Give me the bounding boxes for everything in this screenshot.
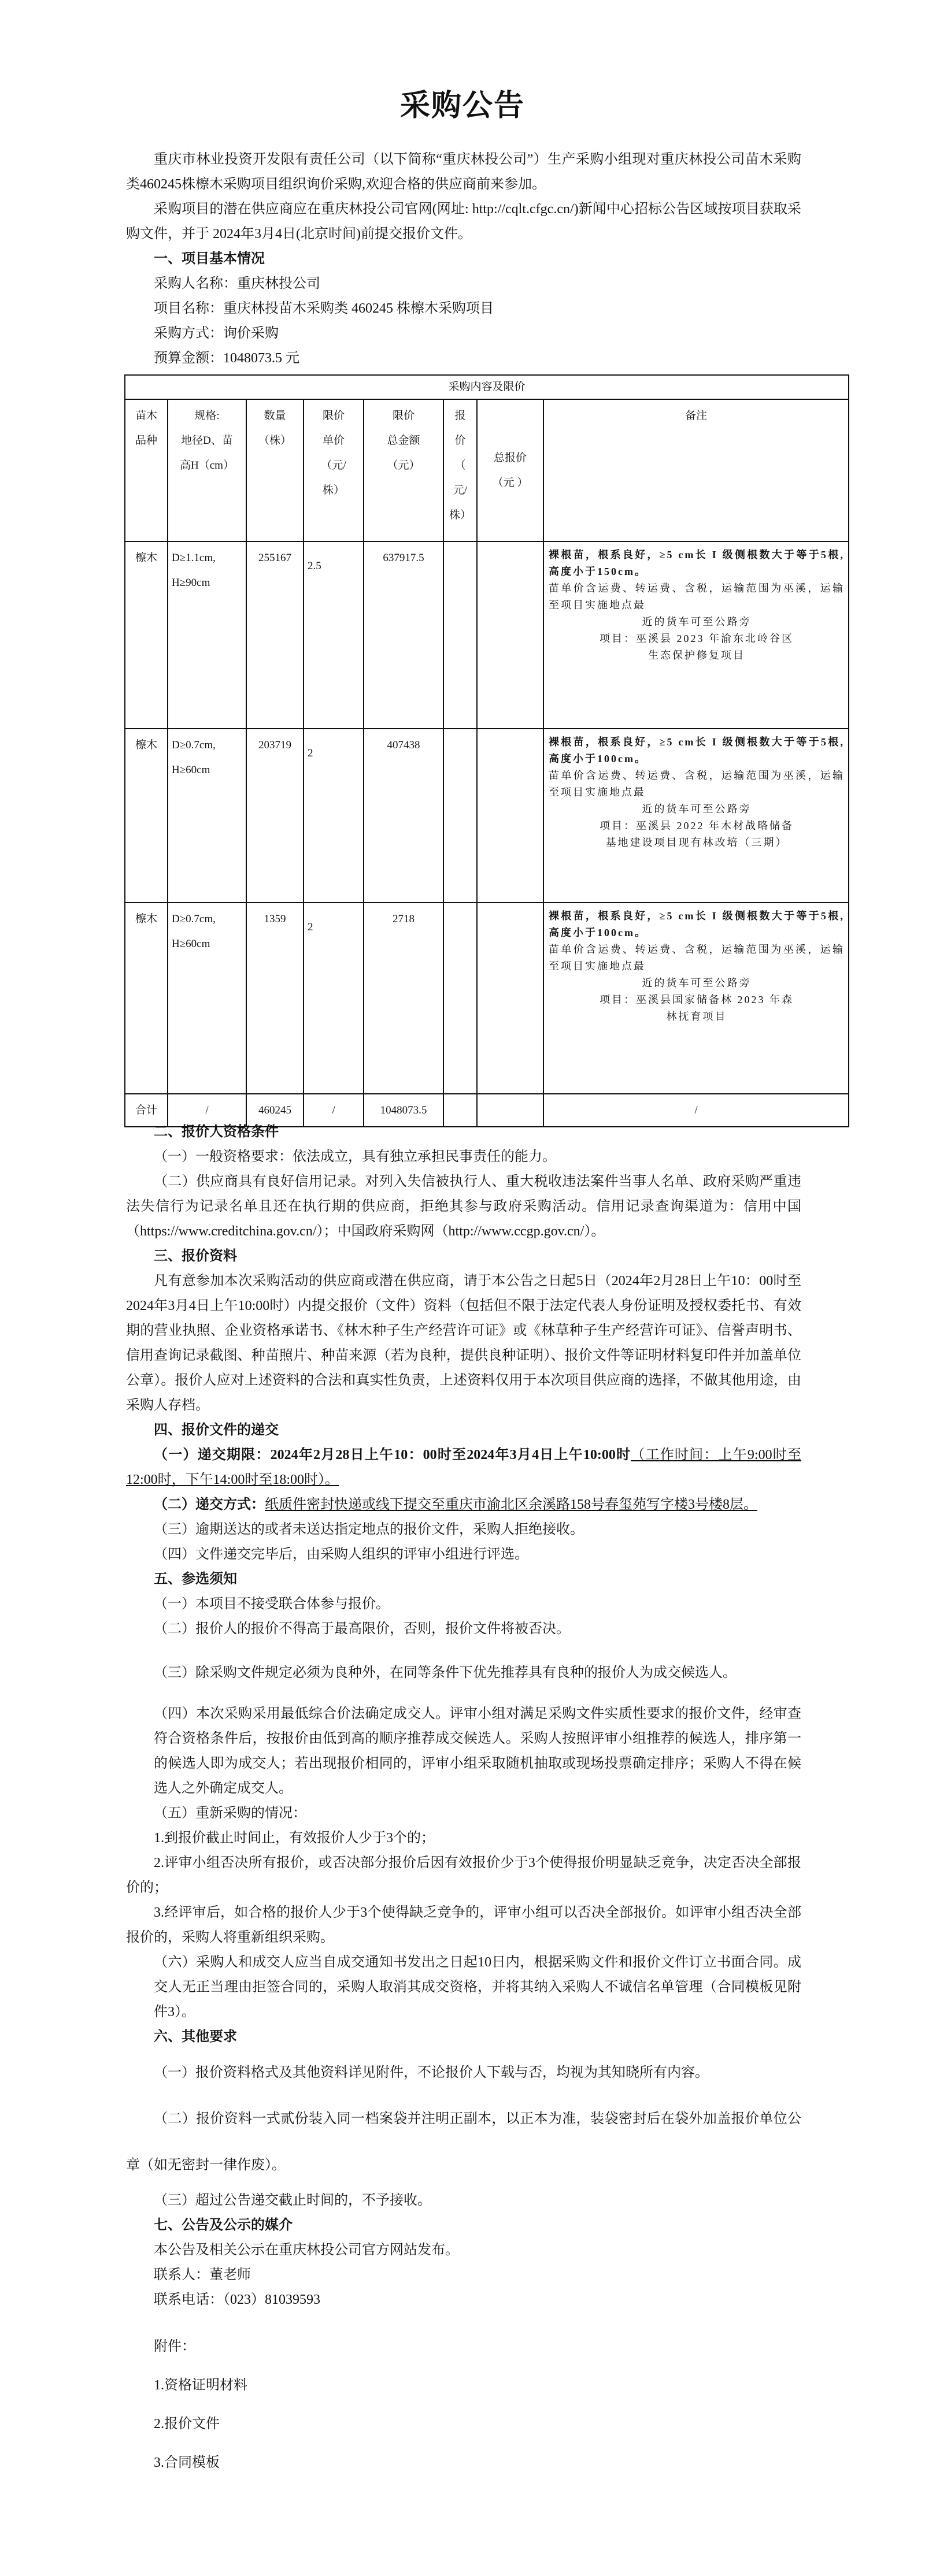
cell-total-quote[interactable]: [477, 903, 543, 1094]
cell-total-limit: 637917.5: [364, 541, 443, 729]
cell-total-quote[interactable]: [477, 729, 543, 903]
header-unit-limit: 限价单价（元/株）: [304, 399, 364, 541]
table-row: 檫木 D≥0.7cm,H≥60cm 203719 2 407438 裸根苗，根系…: [125, 729, 849, 903]
section-5-heading: 五、参选须知: [126, 1567, 801, 1592]
cell-unit-limit: 2: [304, 903, 364, 1094]
contact-phone: 联系电话：（023）81039593: [126, 2288, 801, 2313]
cell-total-quote[interactable]: [477, 541, 543, 729]
cell-spec: D≥0.7cm,H≥60cm: [168, 903, 246, 1094]
table-row: 檫木 D≥0.7cm,H≥60cm 1359 2 2718 裸根苗，根系良好，≥…: [125, 903, 849, 1094]
section-6-item-1: （一）报价资料格式及其他资料详见附件，不论报价人下载与否，均视为其知晓所有内容。: [126, 2050, 801, 2096]
section-4-item-2: （二）递交方式：纸质件密封快递或线下提交至重庆市渝北区余溪路158号春玺苑写字楼…: [126, 1493, 801, 1517]
section-4-heading: 四、报价文件的递交: [126, 1418, 801, 1443]
section-5-item-3: （三）除采购文件规定必须为良种外，在同等条件下优先推荐具有良种的报价人为成交候选…: [126, 1650, 801, 1696]
intro-section: 重庆市林业投资开发限有责任公司（以下简称“重庆林投公司”）生产采购小组现对重庆林…: [126, 147, 801, 371]
cell-remarks: 裸根苗，根系良好，≥5 cm长 I 级侧根数大于等于5根,高度小于150cm。 …: [543, 541, 849, 729]
section-6-item-2: （二）报价资料一式贰份装入同一档案袋并注明正副本，以正本为准，装袋密封后在袋外加…: [126, 2096, 801, 2188]
cell-variety: 檫木: [125, 903, 168, 1094]
cell-variety: 檫木: [125, 541, 168, 729]
section-5-item-5: （五）重新采购的情况：: [126, 1801, 801, 1826]
section-2-item-1: （一）一般资格要求：依法成立，具有独立承担民事责任的能力。: [126, 1145, 801, 1170]
cell-remarks: 裸根苗，根系良好，≥5 cm长 I 级侧根数大于等于5根,高度小于100cm。 …: [543, 903, 849, 1094]
project-name: 项目名称：重庆林投苗木采购类 460245 株檫木采购项目: [126, 296, 801, 321]
section-5-item-2: （二）报价人的报价不得高于最高限价，否则，报价文件将被否决。: [126, 1617, 801, 1642]
table-header-row: 苗木品种 规格:地径D、苗高H（cm） 数量（株） 限价单价（元/株） 限价总金…: [125, 399, 849, 541]
section-5-item-5-2: 2.评审小组否决所有报价，或否决部分报价后因有效报价少于3个使得报价明显缺乏竞争…: [126, 1851, 801, 1901]
contact-person: 联系人：董老师: [126, 2263, 801, 2288]
section-6-item-3: （三）超过公告递交截止时间的，不予接收。: [126, 2188, 801, 2213]
procurement-method: 采购方式：询价采购: [126, 321, 801, 346]
attachments-label: 附件：: [126, 2334, 801, 2359]
attachment-item-3[interactable]: 3.合同模板: [126, 2451, 801, 2475]
section-3-text: 凡有意参加本次采购活动的供应商或潜在供应商，请于本公告之日起5日（2024年2月…: [126, 1269, 801, 1418]
cell-quote[interactable]: [443, 903, 477, 1094]
section-4-item-4: （四）文件递交完毕后，由采购人组织的评审小组进行评选。: [126, 1542, 801, 1567]
cell-spec: D≥0.7cm,H≥60cm: [168, 729, 246, 903]
attachment-item-2[interactable]: 2.报价文件: [126, 2412, 801, 2437]
header-qty: 数量（株）: [246, 399, 304, 541]
section-3-heading: 三、报价资料: [126, 1244, 801, 1269]
cell-qty: 255167: [246, 541, 304, 729]
section-4-item-3: （三）逾期送达的或者未送达指定地点的报价文件，采购人拒绝接收。: [126, 1517, 801, 1542]
cell-unit-limit: 2: [304, 729, 364, 903]
header-variety: 苗木品种: [125, 399, 168, 541]
section-2-heading: 二、报价人资格条件: [126, 1120, 801, 1145]
header-quote: 报价（元/株）: [443, 399, 477, 541]
procurement-table: 采购内容及限价 苗木品种 规格:地径D、苗高H（cm） 数量（株） 限价单价（元…: [124, 374, 848, 1127]
section-5-item-4: （四）本次采购采用最低综合价法确定成交人。评审小组对满足采购文件实质性要求的报价…: [126, 1702, 801, 1801]
header-total-limit: 限价总金额（元）: [364, 399, 443, 541]
cell-total-limit: 407438: [364, 729, 443, 903]
intro-paragraph-1: 重庆市林业投资开发限有责任公司（以下简称“重庆林投公司”）生产采购小组现对重庆林…: [126, 147, 801, 197]
cell-quote[interactable]: [443, 541, 477, 729]
section-1-heading: 一、项目基本情况: [126, 247, 801, 272]
page-title: 采购公告: [0, 81, 925, 124]
body-sections: 二、报价人资格条件 （一）一般资格要求：依法成立，具有独立承担民事责任的能力。 …: [126, 1120, 801, 2475]
table-caption: 采购内容及限价: [125, 375, 849, 399]
cell-qty: 203719: [246, 729, 304, 903]
section-4-item-1: （一）递交期限：2024年2月28日上午10：00时至2024年3月4日上午10…: [126, 1443, 801, 1493]
cell-qty: 1359: [246, 903, 304, 1094]
section-5-item-5-1: 1.到报价截止时间止，有效报价人少于3个的；: [126, 1826, 801, 1851]
header-spec: 规格:地径D、苗高H（cm）: [168, 399, 246, 541]
cell-quote[interactable]: [443, 729, 477, 903]
cell-spec: D≥1.1cm,H≥90cm: [168, 541, 246, 729]
budget-amount: 预算金额：1048073.5 元: [126, 346, 801, 371]
header-total-quote: 总报价（元 ）: [477, 399, 543, 541]
section-5-item-6: （六）采购人和成交人应当自成交通知书发出之日起10日内，根据采购文件和报价文件订…: [126, 1950, 801, 2025]
attachment-item-1[interactable]: 1.资格证明材料: [126, 2373, 801, 2398]
section-7-text: 本公告及相关公示在重庆林投公司官方网站发布。: [126, 2238, 801, 2263]
section-5-item-1: （一）本项目不接受联合体参与报价。: [126, 1592, 801, 1617]
section-6-heading: 六、其他要求: [126, 2025, 801, 2050]
cell-total-limit: 2718: [364, 903, 443, 1094]
section-7-heading: 七、公告及公示的媒介: [126, 2213, 801, 2238]
section-2-item-2: （二）供应商具有良好信用记录。对列入失信被执行人、重大税收违法案件当事人名单、政…: [126, 1170, 801, 1244]
section-5-item-5-3: 3.经评审后，如合格的报价人少于3个使得缺乏竞争的，评审小组可以否决全部报价。如…: [126, 1901, 801, 1950]
cell-remarks: 裸根苗，根系良好，≥5 cm长 I 级侧根数大于等于5根,高度小于100cm。 …: [543, 729, 849, 903]
cell-variety: 檫木: [125, 729, 168, 903]
header-remarks: 备注: [543, 399, 849, 541]
purchaser-name: 采购人名称：重庆林投公司: [126, 272, 801, 296]
cell-unit-limit: 2.5: [304, 541, 364, 729]
intro-paragraph-2: 采购项目的潜在供应商应在重庆林投公司官网(网址: http://cqlt.cfg…: [126, 197, 801, 247]
table-row: 檫木 D≥1.1cm,H≥90cm 255167 2.5 637917.5 裸根…: [125, 541, 849, 729]
